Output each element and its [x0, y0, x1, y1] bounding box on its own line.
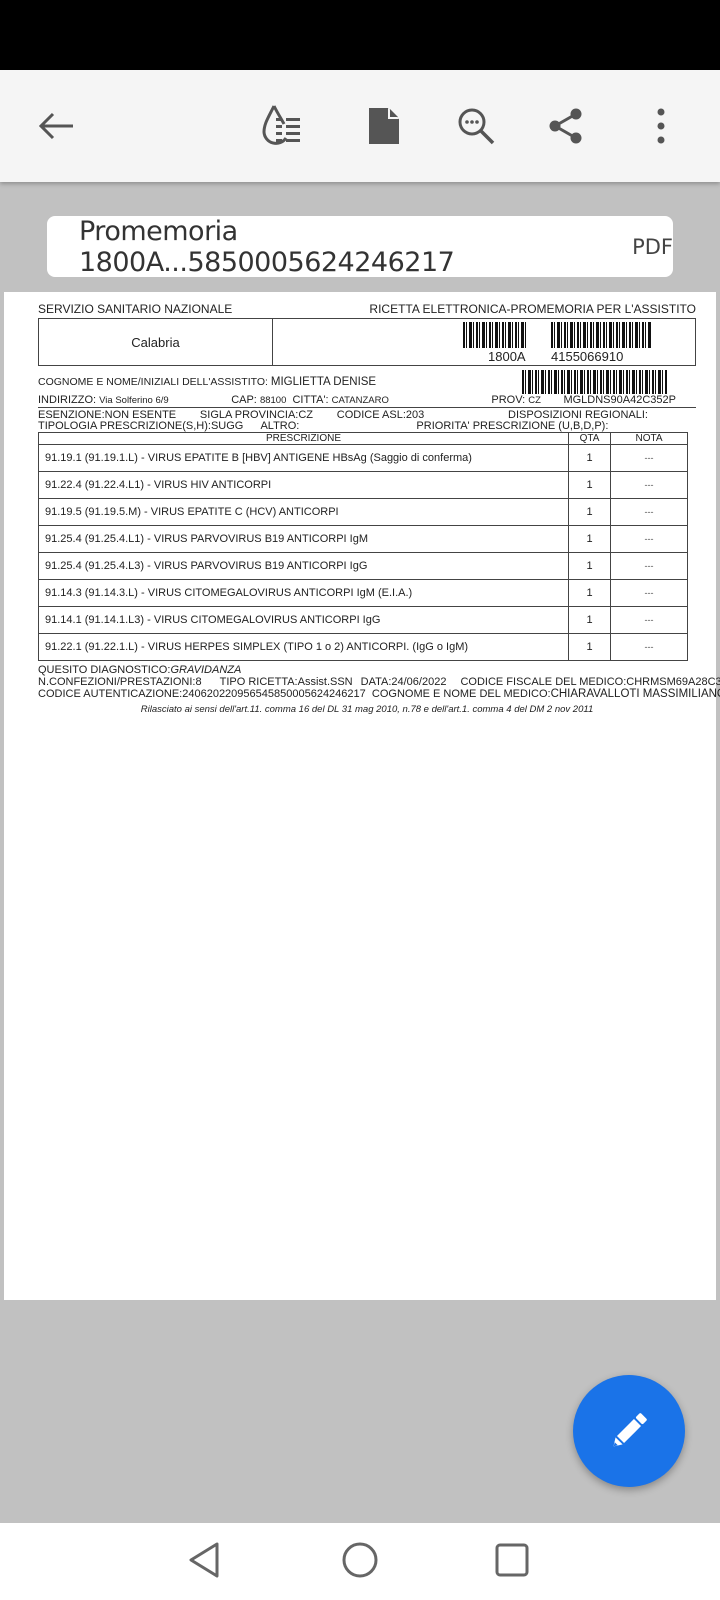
diagnostic-line: QUESITO DIAGNOSTICO:GRAVIDANZA: [38, 664, 696, 676]
edit-fab-button[interactable]: [573, 1375, 685, 1487]
auth-line: CODICE AUTENTICAZIONE:240620220956545850…: [38, 688, 696, 700]
prescription-desc: 91.25.4 (91.25.4.L3) - VIRUS PARVOVIRUS …: [39, 553, 569, 580]
prescription-qty: 1: [569, 526, 611, 553]
pencil-icon: [606, 1408, 652, 1454]
prescription-note: ---: [611, 445, 688, 472]
document-filename: Promemoria 1800A...5850005624246217: [79, 216, 604, 278]
nav-recents-icon[interactable]: [487, 1535, 537, 1585]
document-title-bar: Promemoria 1800A...5850005624246217 PDF: [47, 216, 673, 277]
prescription-qty: 1: [569, 607, 611, 634]
share-icon[interactable]: [540, 100, 592, 152]
system-nav-bar: [0, 1523, 720, 1600]
table-row: 91.14.3 (91.14.3.L) - VIRUS CITOMEGALOVI…: [39, 580, 688, 607]
prescription-table: PRESCRIZIONE QTA NOTA 91.19.1 (91.19.1.L…: [38, 432, 688, 661]
header-left: SERVIZIO SANITARIO NAZIONALE: [38, 302, 232, 316]
more-options-icon[interactable]: [635, 100, 687, 152]
prescription-type: TIPOLOGIA PRESCRIZIONE(S,H):SUGG: [38, 420, 243, 432]
pdf-page[interactable]: SERVIZIO SANITARIO NAZIONALE RICETTA ELE…: [4, 292, 716, 1300]
prescription-qty: 1: [569, 580, 611, 607]
table-row: 91.14.1 (91.14.1.L3) - VIRUS CITOMEGALOV…: [39, 607, 688, 634]
nav-home-icon[interactable]: [335, 1535, 385, 1585]
prescription-note: ---: [611, 580, 688, 607]
back-arrow-icon[interactable]: [30, 100, 82, 152]
prescription-qty: 1: [569, 445, 611, 472]
prescription-note: ---: [611, 634, 688, 661]
app-bar: [0, 70, 720, 182]
prescription-desc: 91.22.4 (91.22.4.L1) - VIRUS HIV ANTICOR…: [39, 472, 569, 499]
prescription-note: ---: [611, 607, 688, 634]
prescription-desc: 91.25.4 (91.25.4.L1) - VIRUS PARVOVIRUS …: [39, 526, 569, 553]
table-row: 91.25.4 (91.25.4.L1) - VIRUS PARVOVIRUS …: [39, 526, 688, 553]
table-row: 91.19.1 (91.19.1.L) - VIRUS EPATITE B [H…: [39, 445, 688, 472]
prescription-desc: 91.22.1 (91.22.1.L) - VIRUS HERPES SIMPL…: [39, 634, 569, 661]
table-row: 91.19.5 (91.19.5.M) - VIRUS EPATITE C (H…: [39, 499, 688, 526]
code-number: 4155066910: [551, 349, 623, 364]
prescription-desc: 91.14.1 (91.14.1.L3) - VIRUS CITOMEGALOV…: [39, 607, 569, 634]
fiscal-code: MGLDNS90A42C352P: [563, 394, 676, 406]
table-row: 91.25.4 (91.25.4.L3) - VIRUS PARVOVIRUS …: [39, 553, 688, 580]
patient-name: MIGLIETTA DENISE: [271, 376, 376, 388]
liquid-mode-icon[interactable]: [258, 100, 310, 152]
prescription-qty: 1: [569, 499, 611, 526]
doctor-name: CHIARAVALLOTI MASSIMILIANO: [551, 688, 720, 700]
prescription-qty: 1: [569, 472, 611, 499]
header-box: Calabria 1800A 4155066910: [38, 318, 696, 366]
col-nota: NOTA: [611, 433, 688, 445]
patient-name-label: COGNOME E NOME/INIZIALI DELL'ASSISTITO: …: [38, 376, 376, 388]
fiscal-code-barcode: [522, 370, 668, 394]
prescription-qty: 1: [569, 634, 611, 661]
legal-note: Rilasciato ai sensi dell'art.11. comma 1…: [38, 704, 696, 715]
search-icon[interactable]: [450, 100, 502, 152]
code-prefix: 1800A: [488, 349, 526, 364]
priority: PRIORITA' PRESCRIZIONE (U,B,D,P):: [416, 420, 608, 432]
header-right: RICETTA ELETTRONICA-PROMEMORIA PER L'ASS…: [369, 302, 696, 316]
prescription-note: ---: [611, 499, 688, 526]
nav-back-icon[interactable]: [180, 1535, 230, 1585]
province: PROV: CZ: [491, 394, 541, 406]
barcode-prefix: [463, 322, 527, 348]
prescription-qty: 1: [569, 553, 611, 580]
table-row: 91.22.1 (91.22.1.L) - VIRUS HERPES SIMPL…: [39, 634, 688, 661]
col-prescrizione: PRESCRIZIONE: [39, 433, 569, 445]
prescription-note: ---: [611, 553, 688, 580]
document-icon[interactable]: [358, 100, 410, 152]
prescription-desc: 91.19.5 (91.19.5.M) - VIRUS EPATITE C (H…: [39, 499, 569, 526]
status-bar: [0, 0, 720, 70]
diagnostic: GRAVIDANZA: [170, 664, 241, 676]
prescription-document: SERVIZIO SANITARIO NAZIONALE RICETTA ELE…: [38, 302, 696, 715]
file-type-label: PDF: [632, 235, 673, 259]
recipe-info-line: N.CONFEZIONI/PRESTAZIONI:8 TIPO RICETTA:…: [38, 676, 696, 688]
region: Calabria: [39, 319, 273, 365]
other: ALTRO:: [260, 420, 299, 432]
address: INDIRIZZO: Via Solferino 6/9: [38, 394, 169, 406]
prescription-desc: 91.14.3 (91.14.3.L) - VIRUS CITOMEGALOVI…: [39, 580, 569, 607]
prescription-desc: 91.19.1 (91.19.1.L) - VIRUS EPATITE B [H…: [39, 445, 569, 472]
cap-city: CAP: 88100 CITTA': CATANZARO: [231, 394, 389, 406]
barcode-number: [551, 322, 651, 348]
prescription-note: ---: [611, 526, 688, 553]
prescription-note: ---: [611, 472, 688, 499]
asl-code: CODICE ASL:203: [337, 410, 424, 421]
table-row: 91.22.4 (91.22.4.L1) - VIRUS HIV ANTICOR…: [39, 472, 688, 499]
col-qta: QTA: [569, 433, 611, 445]
